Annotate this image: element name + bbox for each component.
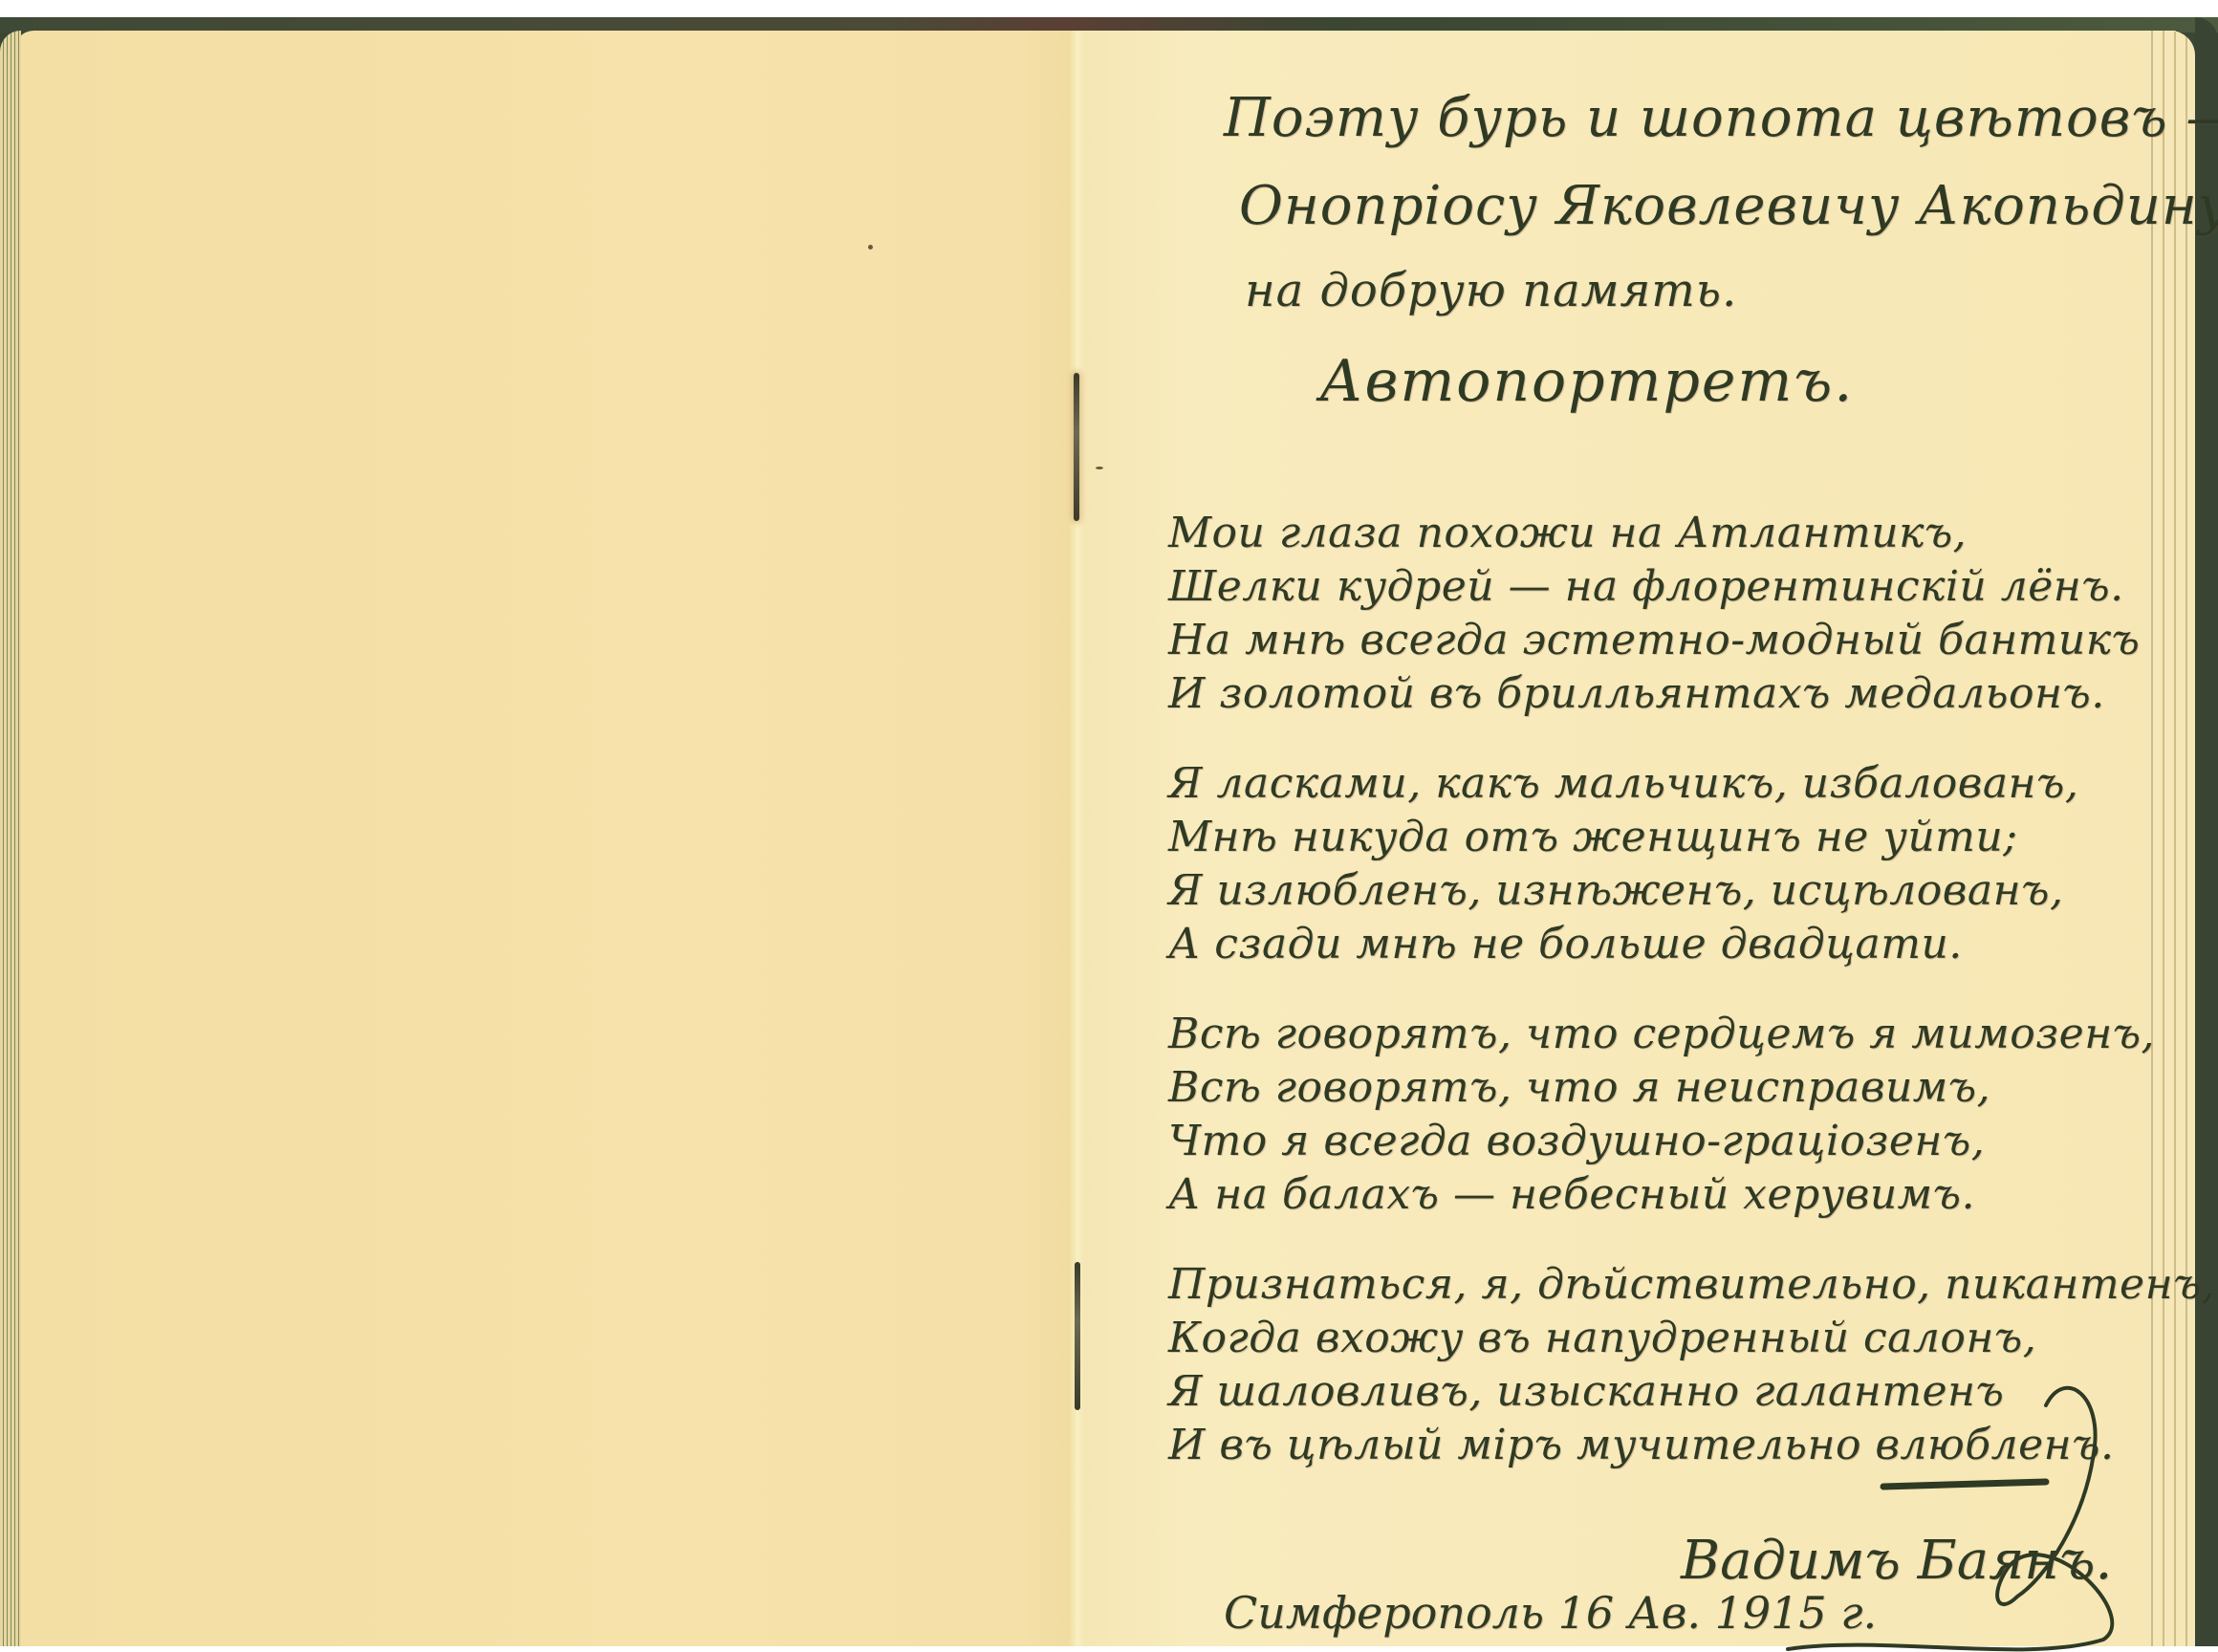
stanza-4: Признаться, я, дѣйствительно, пикантенъ,… — [1168, 1258, 2215, 1472]
dedication-line: Онопрiосу Яковлевичу Акопьдину — [1239, 180, 2218, 233]
verse-line: Я шаловливъ, изысканно галантенъ — [1168, 1365, 2215, 1419]
dedication-line: Поэту бурь и шопота цвѣтовъ — — [1224, 92, 2218, 145]
verse-line: А на балахъ — небесный херувимъ. — [1168, 1168, 2215, 1222]
poem-body: Мои глаза похожи на Атлантикъ, Шелки куд… — [1168, 507, 2215, 1509]
paper-speck — [868, 245, 873, 250]
verse-line: Всѣ говорятъ, что я неисправимъ, — [1168, 1061, 2215, 1115]
staple-icon — [1074, 373, 1079, 521]
verse-line: Когда вхожу въ напудренный салонъ, — [1168, 1312, 2215, 1365]
verse-line: Мои глаза похожи на Атлантикъ, — [1168, 507, 2215, 560]
verse-line: Что я всегда воздушно-грацiозенъ, — [1168, 1115, 2215, 1168]
poem-title: Автопортретъ. — [1319, 348, 2218, 415]
dedication-line: на добрую память. — [1245, 268, 2218, 314]
place-date: Симферополь 16 Ав. 1915 г. — [1224, 1587, 1877, 1639]
verse-line: Я ласками, какъ мальчикъ, избалованъ, — [1168, 757, 2215, 811]
verse-line: Признаться, я, дѣйствительно, пикантенъ, — [1168, 1258, 2215, 1312]
stanza-1: Мои глаза похожи на Атлантикъ, Шелки куд… — [1168, 507, 2215, 721]
paper-speck — [1096, 467, 1103, 469]
left-page-edges — [0, 31, 21, 1646]
verse-line: И золотой въ брилльянтахъ медальонъ. — [1168, 667, 2215, 721]
verse-line: Всѣ говорятъ, что сердцемъ я мимозенъ, — [1168, 1008, 2215, 1061]
signature: Вадимъ Баянъ. — [1681, 1530, 2112, 1592]
verse-line: На мнѣ всегда эстетно-модный бантикъ — [1168, 614, 2215, 667]
left-page — [13, 31, 1076, 1646]
stanza-3: Всѣ говорятъ, что сердцемъ я мимозенъ, В… — [1168, 1008, 2215, 1222]
stanza-2: Я ласками, какъ мальчикъ, избалованъ, Мн… — [1168, 757, 2215, 971]
verse-line: Мнѣ никуда отъ женщинъ не уйти; — [1168, 811, 2215, 864]
verse-line: Шелки кудрей — на флорентинскiй лёнъ. — [1168, 560, 2215, 614]
verse-line: А сзади мнѣ не больше двадцати. — [1168, 918, 2215, 971]
staple-icon — [1075, 1262, 1080, 1410]
verse-line: И въ цѣлый мiръ мучительно влюбленъ. — [1168, 1419, 2215, 1472]
dedication: Поэту бурь и шопота цвѣтовъ — Онопрiосу … — [1224, 92, 2218, 415]
verse-line: Я излюбленъ, изнѣженъ, исцѣлованъ, — [1168, 864, 2215, 918]
